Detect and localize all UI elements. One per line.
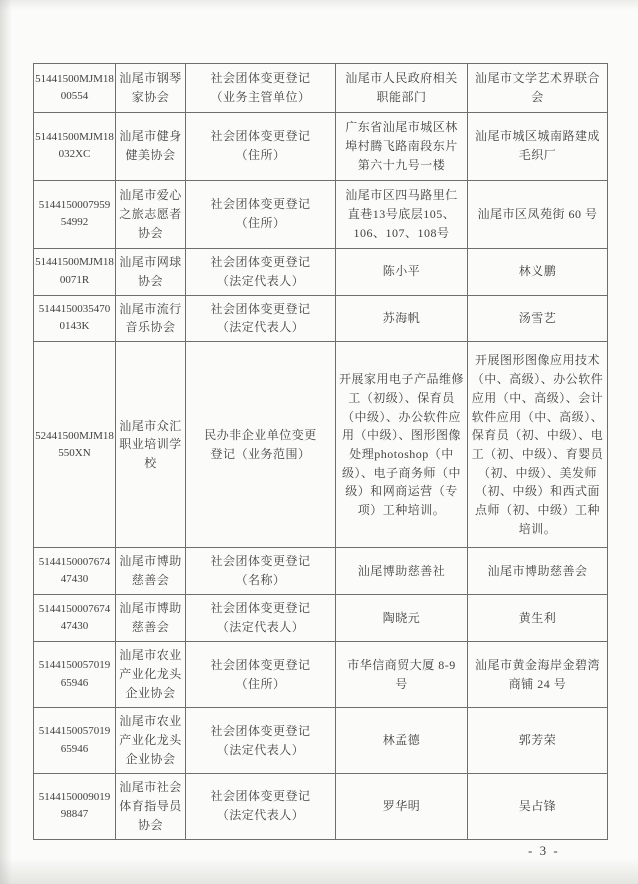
cell-value-after: 开展图形图像应用技术（中、高级）、办公软件应用（中、高级）、会计软件应用（中、高… [468, 342, 608, 548]
cell-value-after: 黄生利 [468, 595, 608, 642]
table-row: 5144150007674 47430 汕尾市博助 慈善会 社会团体变更登记 （… [34, 548, 608, 595]
cell-registration-number: 5144150007674 47430 [34, 595, 116, 642]
cell-change-type: 社会团体变更登记 （名称） [186, 548, 336, 595]
document-page: 51441500MJM18 00554 汕尾市钢琴 家协会 社会团体变更登记 （… [0, 0, 638, 884]
cell-registration-number: 52441500MJM18 550XN [34, 342, 116, 548]
cell-value-after: 林义鹏 [468, 248, 608, 295]
cell-organization-name: 汕尾市众汇 职业培训学 校 [116, 342, 186, 548]
cell-change-type: 社会团体变更登记 （法定代表人） [186, 248, 336, 295]
cell-registration-number: 51441500MJM18 0071R [34, 248, 116, 295]
cell-change-type: 社会团体变更登记 （法定代表人） [186, 773, 336, 839]
cell-value-before: 汕尾博助慈善社 [336, 548, 468, 595]
cell-registration-number: 5144150057019 65946 [34, 642, 116, 708]
cell-change-type: 社会团体变更登记 （住所） [186, 180, 336, 248]
cell-value-before: 罗华明 [336, 773, 468, 839]
table-row: 5144150057019 65946 汕尾市农业 产业化龙头 企业协会 社会团… [34, 708, 608, 774]
cell-value-after: 汕尾市文学艺术界联合 会 [468, 64, 608, 113]
scan-edge-shadow-top [0, 0, 638, 10]
change-registration-table: 51441500MJM18 00554 汕尾市钢琴 家协会 社会团体变更登记 （… [33, 63, 608, 840]
cell-change-type: 社会团体变更登记 （住所） [186, 112, 336, 180]
cell-organization-name: 汕尾市农业 产业化龙头 企业协会 [116, 642, 186, 708]
cell-organization-name: 汕尾市钢琴 家协会 [116, 64, 186, 113]
cell-value-before: 开展家用电子产品维修工（初级）、保育员（中级）、办公软件应用（中级）、图形图像处… [336, 342, 468, 548]
cell-organization-name: 汕尾市博助 慈善会 [116, 548, 186, 595]
cell-organization-name: 汕尾市网球 协会 [116, 248, 186, 295]
table-row: 51441500MJM18 0071R 汕尾市网球 协会 社会团体变更登记 （法… [34, 248, 608, 295]
cell-value-before: 汕尾市区四马路里仁 直巷13号底层105、 106、107、108号 [336, 180, 468, 248]
cell-change-type: 社会团体变更登记 （业务主管单位） [186, 64, 336, 113]
cell-registration-number: 5144150007674 47430 [34, 548, 116, 595]
cell-change-type: 社会团体变更登记 （法定代表人） [186, 295, 336, 342]
table-row: 51441500MJM18 032XC 汕尾市健身 健美协会 社会团体变更登记 … [34, 112, 608, 180]
cell-registration-number: 5144150035470 0143K [34, 295, 116, 342]
cell-value-before: 汕尾市人民政府相关 职能部门 [336, 64, 468, 113]
cell-registration-number: 51441500MJM18 032XC [34, 112, 116, 180]
cell-organization-name: 汕尾市健身 健美协会 [116, 112, 186, 180]
cell-value-after: 汕尾市区凤苑街 60 号 [468, 180, 608, 248]
cell-value-before: 林孟德 [336, 708, 468, 774]
cell-value-after: 郭芳荣 [468, 708, 608, 774]
cell-organization-name: 汕尾市爱心 之旅志愿者 协会 [116, 180, 186, 248]
cell-registration-number: 5144150009019 98847 [34, 773, 116, 839]
cell-value-after: 吴占锋 [468, 773, 608, 839]
cell-value-after: 汕尾市博助慈善会 [468, 548, 608, 595]
cell-value-before: 陈小平 [336, 248, 468, 295]
table-row: 52441500MJM18 550XN 汕尾市众汇 职业培训学 校 民办非企业单… [34, 342, 608, 548]
cell-organization-name: 汕尾市社会 体育指导员 协会 [116, 773, 186, 839]
page-number: - 3 - [528, 843, 560, 859]
cell-change-type: 社会团体变更登记 （住所） [186, 642, 336, 708]
scan-edge-shadow-left [0, 0, 14, 884]
cell-organization-name: 汕尾市博助 慈善会 [116, 595, 186, 642]
cell-registration-number: 5144150007959 54992 [34, 180, 116, 248]
cell-value-before: 市华信商贸大厦 8-9 号 [336, 642, 468, 708]
cell-change-type: 社会团体变更登记 （法定代表人） [186, 595, 336, 642]
cell-value-before: 广东省汕尾市城区林 埠村腾飞路南段东片 第六十九号一楼 [336, 112, 468, 180]
cell-organization-name: 汕尾市农业 产业化龙头 企业协会 [116, 708, 186, 774]
cell-change-type: 民办非企业单位变更 登记（业务范围） [186, 342, 336, 548]
table-row: 5144150009019 98847 汕尾市社会 体育指导员 协会 社会团体变… [34, 773, 608, 839]
table-row: 51441500MJM18 00554 汕尾市钢琴 家协会 社会团体变更登记 （… [34, 64, 608, 113]
cell-registration-number: 5144150057019 65946 [34, 708, 116, 774]
table-row: 5144150035470 0143K 汕尾市流行 音乐协会 社会团体变更登记 … [34, 295, 608, 342]
cell-change-type: 社会团体变更登记 （法定代表人） [186, 708, 336, 774]
cell-organization-name: 汕尾市流行 音乐协会 [116, 295, 186, 342]
cell-value-after: 汤雪艺 [468, 295, 608, 342]
cell-registration-number: 51441500MJM18 00554 [34, 64, 116, 113]
table-row: 5144150057019 65946 汕尾市农业 产业化龙头 企业协会 社会团… [34, 642, 608, 708]
cell-value-after: 汕尾市城区城南路建成 毛织厂 [468, 112, 608, 180]
cell-value-before: 陶晓元 [336, 595, 468, 642]
cell-value-before: 苏海帆 [336, 295, 468, 342]
cell-value-after: 汕尾市黄金海岸金碧湾 商铺 24 号 [468, 642, 608, 708]
scan-edge-shadow-bottom [0, 858, 638, 884]
table-row: 5144150007959 54992 汕尾市爱心 之旅志愿者 协会 社会团体变… [34, 180, 608, 248]
table-row: 5144150007674 47430 汕尾市博助 慈善会 社会团体变更登记 （… [34, 595, 608, 642]
